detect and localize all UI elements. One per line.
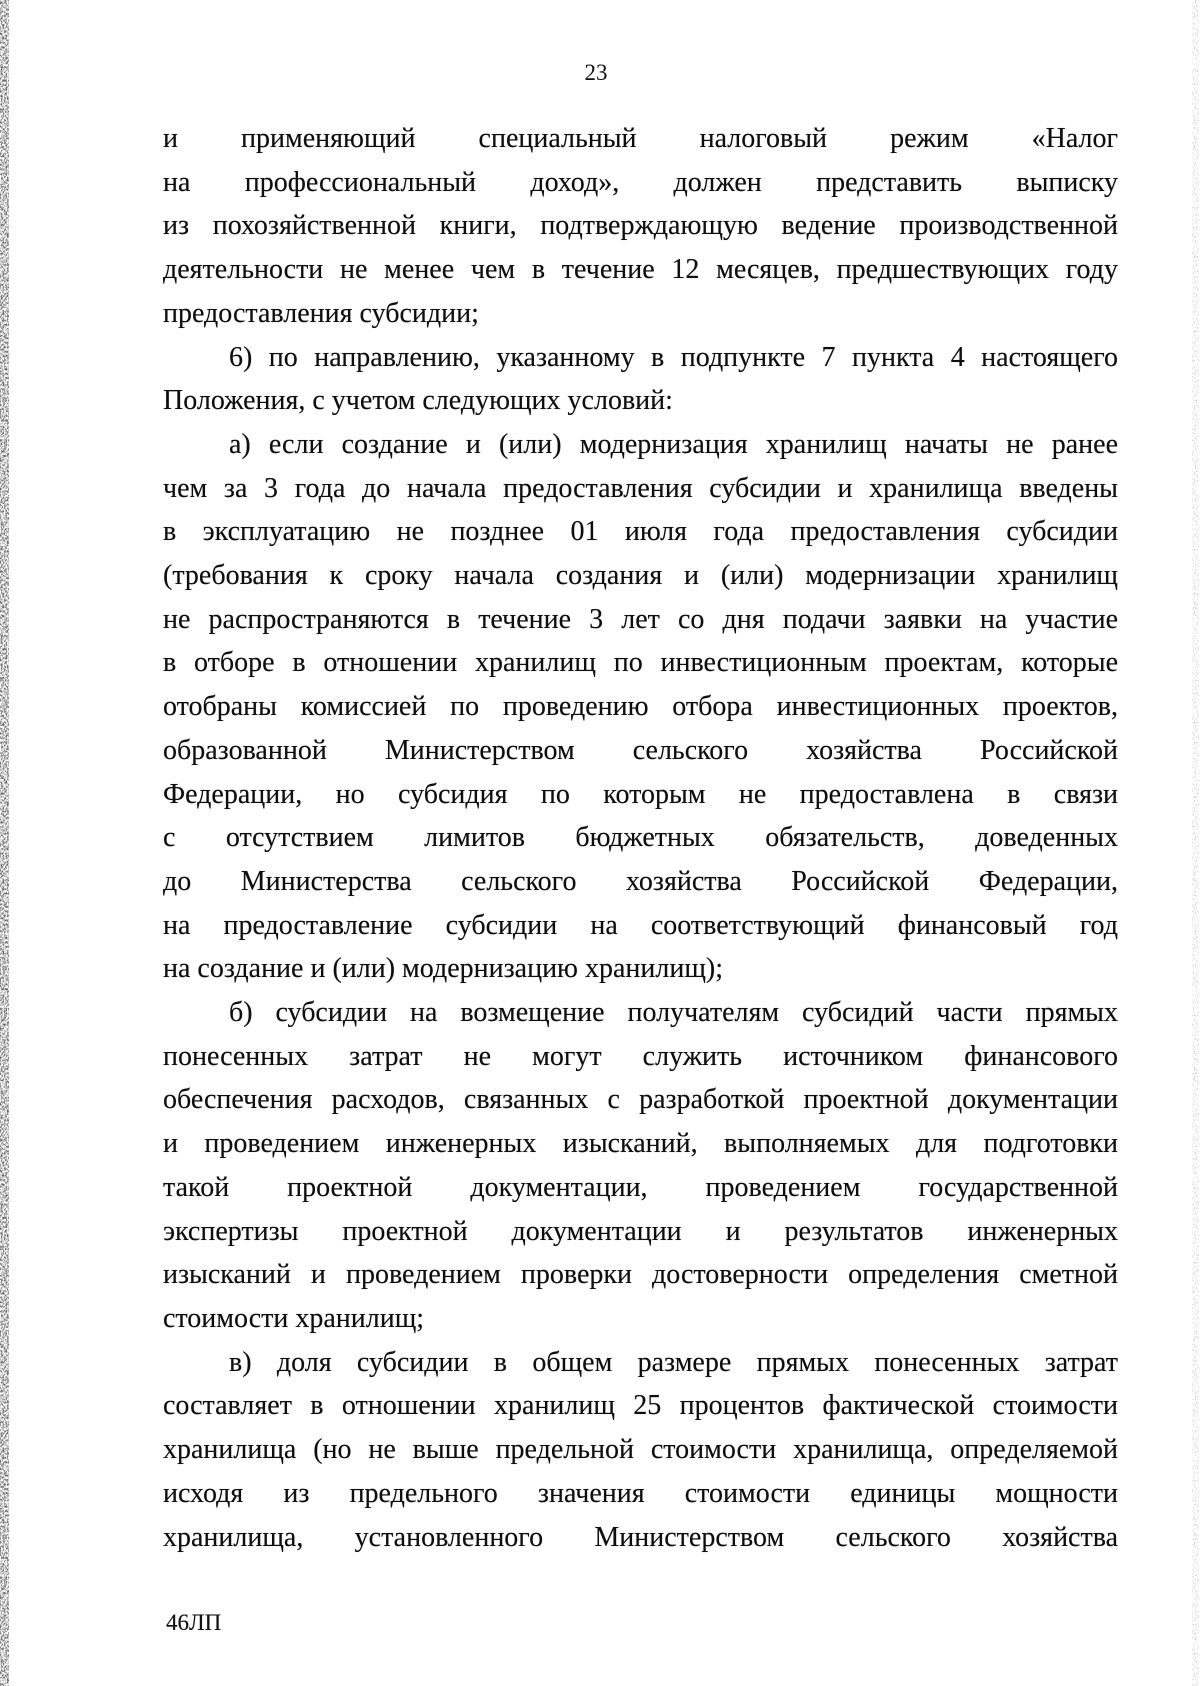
text-line: понесенных затрат не могут служить источ…: [163, 1035, 1118, 1079]
text-line: хранилища (но не выше предельной стоимос…: [163, 1428, 1118, 1472]
text-line: стоимости хранилищ;: [163, 1297, 1118, 1341]
text-line: такой проектной документации, проведение…: [163, 1166, 1118, 1210]
text-line: деятельности не менее чем в течение 12 м…: [163, 248, 1118, 292]
text-line: не распространяются в течение 3 лет со д…: [163, 598, 1118, 642]
text-line: исходя из предельного значения стоимости…: [163, 1472, 1118, 1516]
text-line: Федерации, но субсидия по которым не пре…: [163, 773, 1118, 817]
text-line: в отборе в отношении хранилищ по инвести…: [163, 641, 1118, 685]
text-line: Положения, с учетом следующих условий:: [163, 379, 1118, 423]
text-line: чем за 3 года до начала предоставления с…: [163, 467, 1118, 511]
text-line: (требования к сроку начала создания и (и…: [163, 554, 1118, 598]
scanned-document-page: 23 и применяющий специальный налоговый р…: [0, 0, 1200, 1686]
text-line: б) субсидии на возмещение получателям су…: [163, 991, 1118, 1035]
text-line: образованной Министерством сельского хоз…: [163, 729, 1118, 773]
scan-noise-left-edge: [0, 0, 9, 1686]
footer-code: 46ЛП: [166, 1610, 221, 1636]
text-line: на профессиональный доход», должен предс…: [163, 161, 1118, 205]
text-line: 6) по направлению, указанному в подпункт…: [163, 336, 1118, 380]
scan-noise-right-edge: [1192, 0, 1199, 1686]
text-line: предоставления субсидии;: [163, 292, 1118, 336]
text-line: и применяющий специальный налоговый режи…: [163, 117, 1118, 161]
text-line: до Министерства сельского хозяйства Росс…: [163, 860, 1118, 904]
text-line: из похозяйственной книги, подтверждающую…: [163, 204, 1118, 248]
text-line: в эксплуатацию не позднее 01 июля года п…: [163, 510, 1118, 554]
text-line: на предоставление субсидии на соответств…: [163, 904, 1118, 948]
text-line: составляет в отношении хранилищ 25 проце…: [163, 1384, 1118, 1428]
text-line: с отсутствием лимитов бюджетных обязател…: [163, 816, 1118, 860]
text-line: отобраны комиссией по проведению отбора …: [163, 685, 1118, 729]
text-line: хранилища, установленного Министерством …: [163, 1516, 1118, 1560]
text-line: в) доля субсидии в общем размере прямых …: [163, 1341, 1118, 1385]
document-body: и применяющий специальный налоговый режи…: [163, 117, 1118, 1559]
text-line: а) если создание и (или) модернизация хр…: [163, 423, 1118, 467]
text-line: экспертизы проектной документации и резу…: [163, 1210, 1118, 1254]
text-line: изысканий и проведением проверки достове…: [163, 1253, 1118, 1297]
text-line: обеспечения расходов, связанных с разраб…: [163, 1078, 1118, 1122]
text-line: и проведением инженерных изысканий, выпо…: [163, 1122, 1118, 1166]
text-line: на создание и (или) модернизацию хранили…: [163, 947, 1118, 991]
page-number: 23: [0, 60, 1192, 86]
